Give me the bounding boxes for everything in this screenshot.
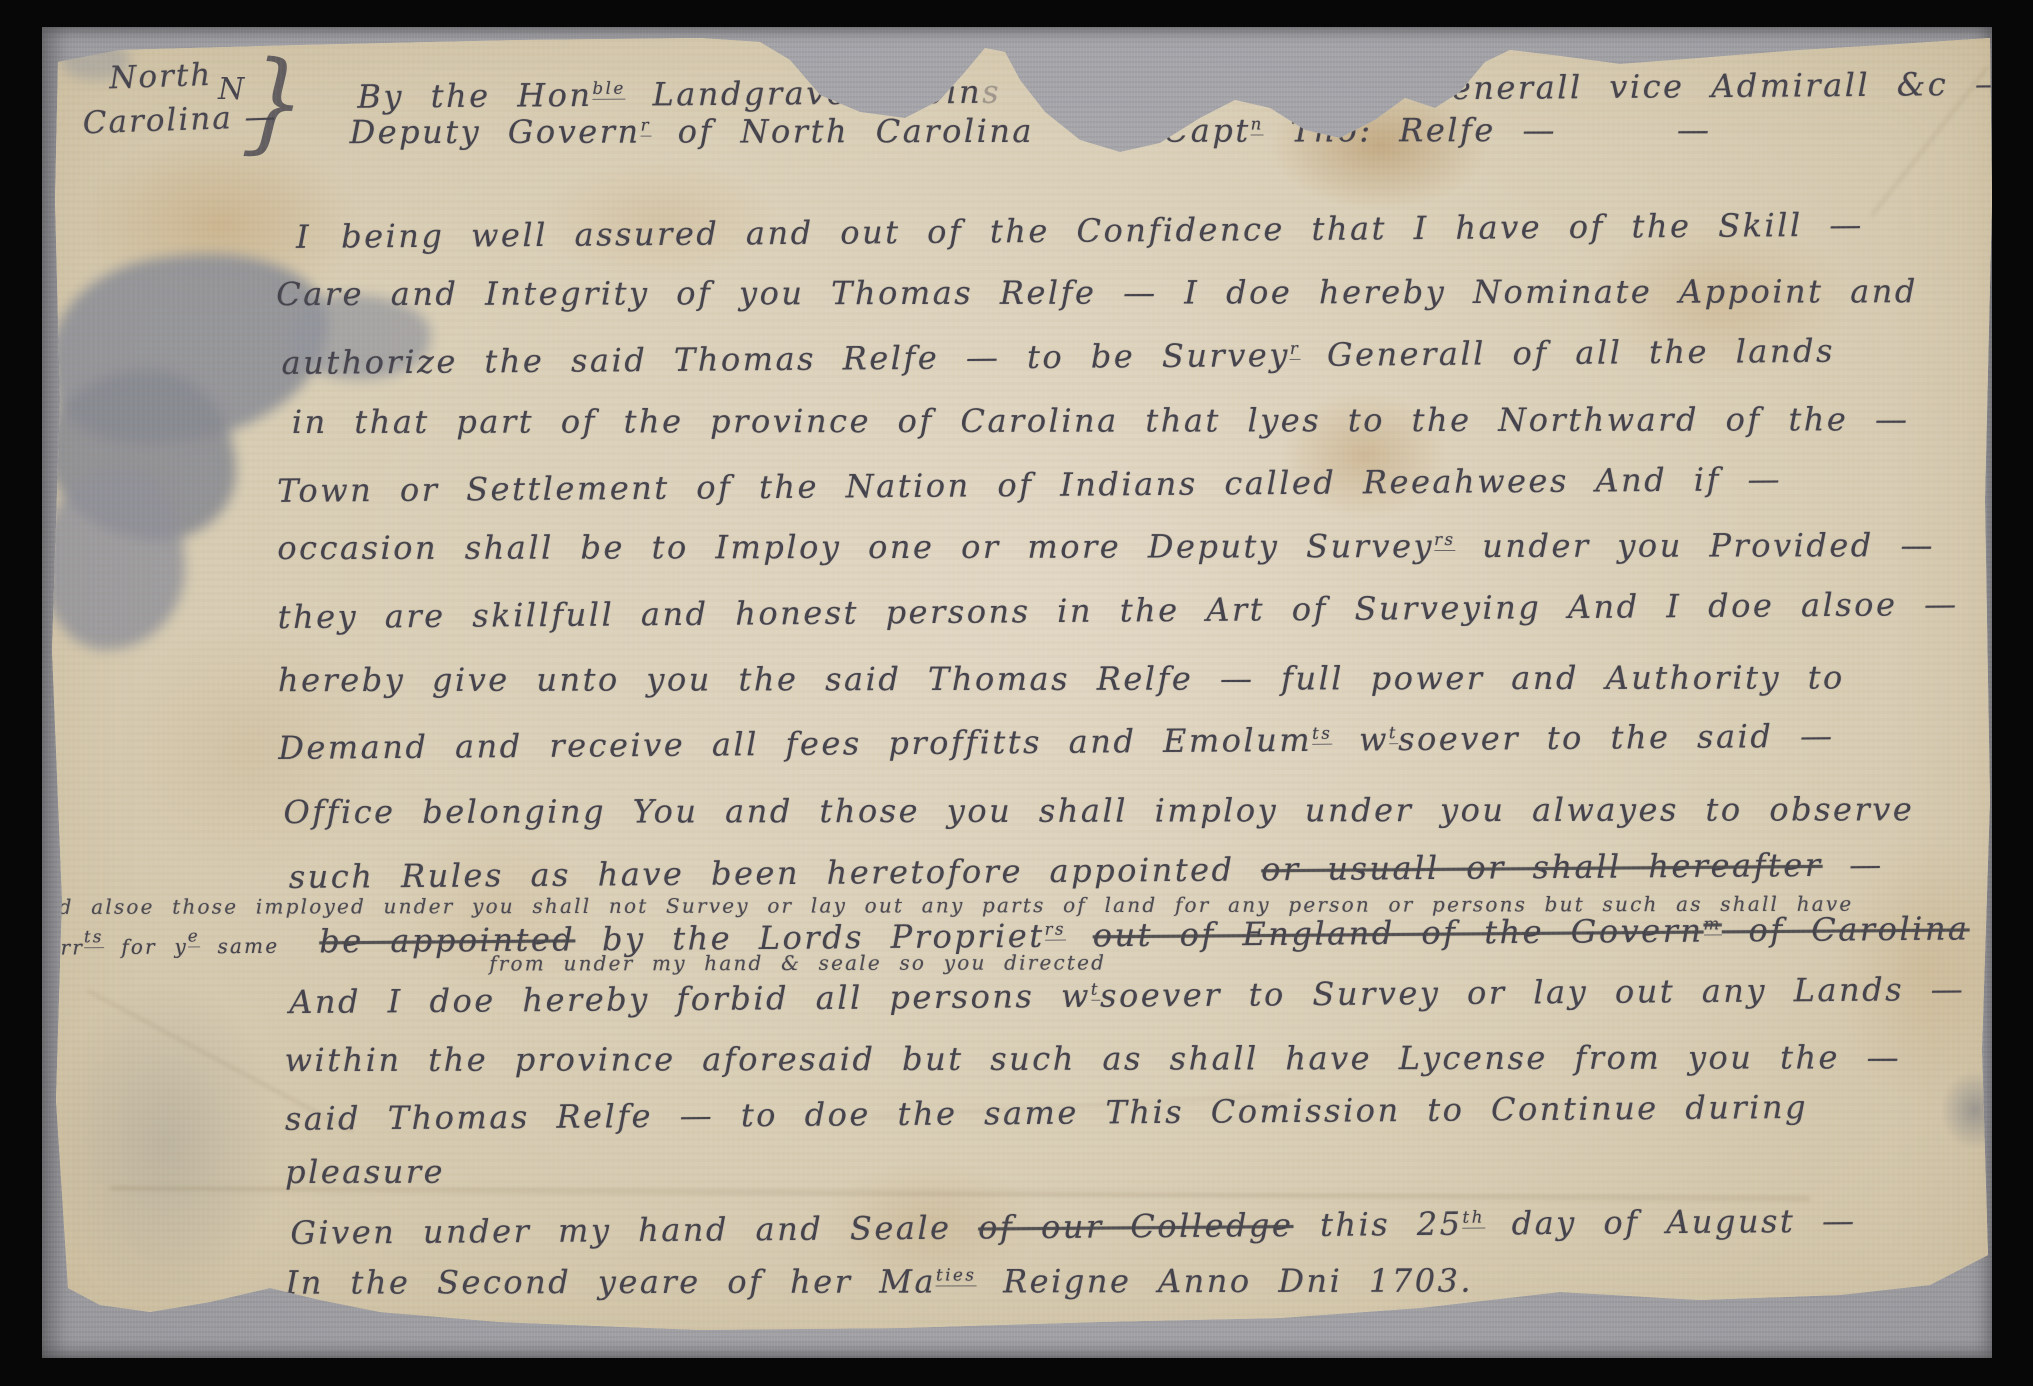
text-segment — [1066, 916, 1093, 954]
text-segment: pleasure — [285, 1153, 445, 1191]
text-segment: ble — [592, 79, 625, 100]
text-line: Ibeing well assured and out of the Confi… — [296, 206, 1864, 256]
text-segment: authorize the said Thomas Relfe — to be … — [281, 336, 1290, 382]
text-segment: of Carolina — [1722, 909, 1970, 949]
text-line: Given under my hand and Seale of our Col… — [290, 1202, 1856, 1252]
text-segment: Town or Settlement of the Nation of Indi… — [277, 460, 1782, 510]
text-segment: e — [188, 927, 200, 948]
text-segment: w — [1332, 720, 1389, 758]
text-segment: or usuall or shall hereafter — [1261, 846, 1823, 888]
text-segment: same — [200, 934, 280, 959]
text-line: such Rules as have been heretofore appoi… — [289, 845, 1884, 896]
text-line: within the province aforesaid but such a… — [285, 1038, 1902, 1079]
text-segment: Care and Integrity of you Thomas Relfe —… — [276, 272, 1918, 313]
text-segment: out of England of the Govern — [1093, 912, 1704, 955]
text-segment: being well assured and out of the Confid… — [341, 206, 1864, 256]
text-segment: By the Hon — [357, 76, 592, 116]
text-segment: Reigne Anno Dni 1703. — [976, 1262, 1473, 1301]
text-segment: Given under my hand and Seale — [290, 1209, 978, 1252]
text-line: they are skillfull and honest persons in… — [278, 585, 1959, 636]
text-line: In the Second yeare of her Maties Reigne… — [286, 1262, 1474, 1302]
text-segment: Office belonging You and those you shall… — [283, 790, 1914, 831]
text-segment: — — [1822, 845, 1883, 883]
text-segment: m — [1703, 915, 1721, 936]
text-segment: such Rules as have been heretofore appoi… — [289, 850, 1262, 896]
text-segment: for y — [104, 934, 188, 959]
text-segment: th — [1462, 1208, 1485, 1229]
text-segment: n — [1251, 115, 1264, 136]
manuscript-paper: North Carolina — N } By the Honble Landg… — [0, 0, 2033, 1386]
text-segment: Deputy Govern — [350, 113, 641, 152]
text-segment: r — [641, 116, 651, 137]
text-segment: hereby give unto you the said Thomas Rel… — [278, 658, 1845, 699]
text-segment: Generall vice Admirall &c — — [1424, 65, 2010, 108]
text-line: occasion shall be to Imploy one or more … — [277, 526, 1935, 567]
text-segment: said Thomas Relfe — to doe the same This… — [285, 1088, 1808, 1138]
text-segment: soever to Survey or lay out any Lands — — [1100, 970, 1965, 1015]
text-segment: ts — [1312, 724, 1332, 745]
text-segment: under you Provided — — [1456, 526, 1935, 565]
text-segment: of our Colledge — [978, 1206, 1293, 1246]
text-line: Town or Settlement of the Nation of Indi… — [277, 460, 1782, 510]
text-line: Care and Integrity of you Thomas Relfe —… — [276, 272, 1918, 313]
scanned-document-page: North Carolina — N } By the Honble Landg… — [0, 0, 2033, 1386]
text-segment: s — [982, 73, 1001, 111]
text-segment: — — [1677, 111, 1712, 149]
text-segment: this 25 — [1293, 1205, 1462, 1244]
text-segment: t — [1091, 980, 1100, 1001]
text-segment: day of August — — [1485, 1202, 1857, 1243]
text-line: pleasure — [285, 1153, 445, 1191]
text-segment: Generall of all the lands — [1300, 332, 1835, 374]
text-line: said Thomas Relfe — to doe the same This… — [285, 1088, 1808, 1138]
text-segment: t — [1389, 723, 1398, 744]
text-segment: In the Second yeare of her Ma — [286, 1263, 937, 1302]
text-segment: of North Carolina — [651, 112, 1034, 151]
text-line: from under my hand & seale so you direct… — [489, 950, 1106, 975]
text-segment: occasion shall be to Imploy one or more … — [277, 527, 1434, 567]
text-segment: ties — [936, 1266, 976, 1287]
text-segment: they are skillfull and honest persons in… — [278, 585, 1959, 636]
text-line: And I doe hereby forbid all persons wtso… — [289, 970, 1965, 1021]
text-line: Deputy Governr of North CarolinaTo Captn… — [350, 111, 1712, 151]
text-segment: rs — [1434, 530, 1456, 551]
text-segment: And I doe hereby forbid all persons w — [289, 977, 1091, 1021]
text-segment: I — [296, 218, 311, 256]
text-segment: from under my hand & seale so you direct… — [489, 950, 1106, 975]
text-segment: rs — [1044, 920, 1066, 941]
text-line: Office belonging You and those you shall… — [283, 790, 1914, 831]
text-line: hereby give unto you the said Thomas Rel… — [278, 658, 1845, 699]
document-lines: By the Honble Landgrave RobinsEsqr—Gener… — [0, 0, 2033, 1386]
text-segment: Demand and receive all fees proffitts an… — [278, 721, 1312, 767]
text-line: authorize the said Thomas Relfe — to be … — [281, 332, 1835, 382]
text-line: Demand and receive all fees proffitts an… — [278, 717, 1835, 767]
text-segment: within the province aforesaid but such a… — [285, 1038, 1902, 1079]
text-segment: r — [1290, 339, 1301, 360]
text-line: in that part of the province of Carolina… — [292, 400, 1910, 441]
text-segment: soever to the said — — [1398, 717, 1835, 758]
text-segment: in that part of the province of Carolina… — [292, 400, 1910, 441]
text-segment: ts — [84, 927, 104, 948]
